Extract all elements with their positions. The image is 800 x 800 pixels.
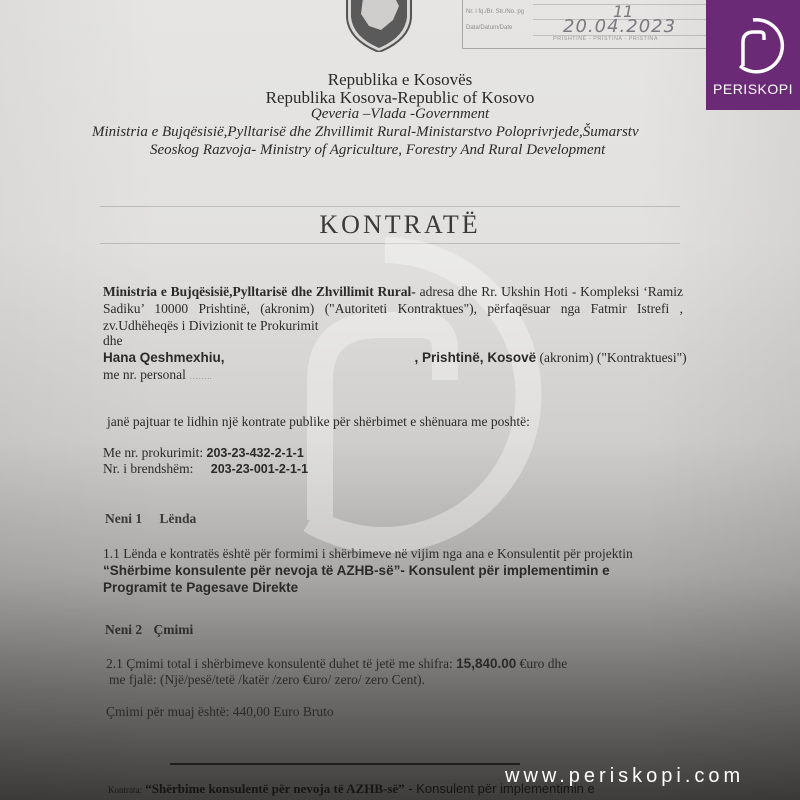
procurement-number: Me nr. prokurimit: 203-23-432-2-1-1 — [103, 445, 304, 461]
personal-number-line: me nr. personal …….. — [103, 367, 212, 383]
parties-paragraph: Ministria e Bujqësisië,Pylltarisë dhe Zh… — [103, 283, 683, 334]
header-republic-sr-en: Republika Kosova-Republic of Kosovo — [0, 88, 800, 108]
footer-divider — [170, 763, 520, 765]
article-1-body: 1.1 Lënda e kontratës është për formimi … — [103, 546, 633, 561]
monthly-price: Çmimi për muaj është: 440,00 Euro Bruto — [106, 704, 334, 720]
article-2-title: Çmimi — [154, 622, 194, 637]
article-2-body: 2.1 Çmimi total i shërbimeve konsulentë … — [106, 656, 456, 671]
periskopi-watermark-icon — [220, 230, 550, 560]
stamp-date-label: Data/Datum/Date — [466, 25, 512, 31]
internal-number: Nr. i brendshëm: 203-23-001-2-1-1 — [103, 461, 308, 477]
document-title: KONTRATË — [0, 210, 800, 240]
internal-label: Nr. i brendshëm: — [103, 461, 193, 476]
document-page: Nr./Br./No. Nr. i fq./Br. Str./No. pg 11… — [0, 0, 800, 800]
procurement-label: Me nr. prokurimit: — [103, 445, 203, 460]
procurement-value: 203-23-432-2-1-1 — [207, 446, 304, 460]
article-1-number: Neni 1 — [105, 511, 142, 526]
stamp-page-label: Nr. i fq./Br. Str./No. pg — [466, 9, 524, 15]
footer-project: “Shërbime konsulentë për nevoja të AZHB-… — [145, 781, 404, 796]
article-1-heading: Neni 1 Lënda — [105, 511, 196, 527]
currency-text: €uro dhe — [516, 656, 567, 671]
article-2-heading: Neni 2 Çmimi — [105, 622, 193, 638]
footer-label: Kontrata: — [108, 785, 142, 795]
personal-number-redacted: …….. — [189, 371, 212, 381]
total-amount: 15,840.00 — [456, 656, 516, 671]
header-ministry-1: Ministria e Bujqësisië,Pylltarisë dhe Zh… — [92, 124, 716, 141]
stamp-date-value: 20.04.2023 — [563, 16, 676, 37]
and-word: dhe — [103, 333, 123, 349]
header-ministry-2: Seoskog Razvoja- Ministry of Agriculture… — [150, 142, 670, 159]
article-2-total: 2.1 Çmimi total i shërbimeve konsulentë … — [106, 656, 567, 672]
internal-value: 203-23-001-2-1-1 — [211, 462, 308, 476]
article-2-number: Neni 2 — [105, 622, 142, 637]
article-1-text: 1.1 Lënda e kontratës është për formimi … — [103, 545, 643, 596]
contractor-line: Hana Qeshmexhiu,, Prishtinë, Kosovë (akr… — [103, 350, 687, 366]
article-1-project: “Shërbime konsulente për nevoja të AZHB-… — [103, 563, 610, 595]
personal-number-label: me nr. personal — [103, 367, 186, 382]
contractor-location: , Prishtinë, Kosovë — [415, 350, 537, 365]
contractor-name: Hana Qeshmexhiu, — [103, 350, 225, 365]
periskopi-logo-badge: PERISKOPI — [706, 0, 800, 110]
divider — [100, 206, 680, 207]
article-1-title: Lënda — [160, 511, 197, 526]
brand-name: PERISKOPI — [706, 81, 800, 97]
agreement-statement: janë pajtuar te lidhin një kontrate publ… — [107, 414, 530, 430]
website-url: www.periskopi.com — [505, 765, 744, 788]
periskopi-logo-icon — [706, 0, 800, 80]
coat-of-arms-icon — [343, 0, 415, 52]
divider — [100, 243, 680, 244]
authority-name: Ministria e Bujqësisië,Pylltarisë dhe Zh… — [103, 284, 416, 299]
header-government: Qeveria –Vlada -Government — [0, 106, 800, 123]
contractor-acronym: (akronim) ("Kontraktuesi") — [536, 350, 686, 365]
amount-in-words: me fjalë: (Një/pesë/tetë /katër /zero €u… — [109, 672, 425, 688]
stamp-city: PRISHTINË - PRISTINA - PRISTINA — [553, 36, 658, 42]
header-republic-sq: Republika e Kosovës — [0, 70, 800, 90]
